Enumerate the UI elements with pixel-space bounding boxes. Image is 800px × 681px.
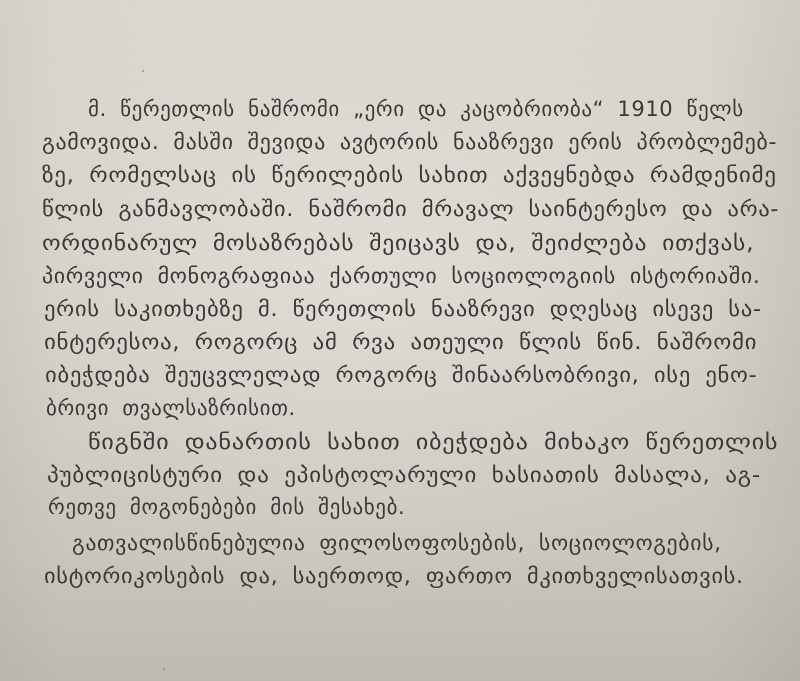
paragraph-1-line-4: წლის განმავლობაში. ნაშრომი მრავალ საინტე… xyxy=(42,196,779,222)
paragraph-2-line-1: წიგნში დანართის სახით იბეჭდება მიხაკო წე… xyxy=(88,429,778,455)
paragraph-1-line-7: ერის საკითხებზე მ. წერეთლის ნააზრევი დღე… xyxy=(44,296,762,322)
paragraph-3-line-1: გათვალისწინებულია ფილოსოფოსების, სოციოლო… xyxy=(72,530,722,556)
paragraph-1-line-2: გამოვიდა. მასში შევიდა ავტორის ნააზრევი … xyxy=(42,129,777,155)
paragraph-2-line-3: რეთვე მოგონებები მის შესახებ. xyxy=(48,494,405,520)
paper-speck xyxy=(142,70,144,72)
paragraph-1-line-6: პირველი მონოგრაფიაა ქართული სოციოლოგიის … xyxy=(42,263,760,289)
book-page: მ. წერეთლის ნაშრომი „ერი და კაცობრიობა“ … xyxy=(0,0,800,681)
paragraph-1-line-8: ინტერესოა, როგორც ამ რვა ათეული წლის წინ… xyxy=(44,329,757,355)
paragraph-2-line-2: პუბლიცისტური და ეპისტოლარული ხასიათის მა… xyxy=(47,462,761,488)
paper-speck xyxy=(163,668,165,670)
paragraph-1-line-9: იბეჭდება შეუცვლელად როგორც შინაარსობრივი… xyxy=(45,362,757,388)
paragraph-3-line-2: ისტორიკოსების და, საერთოდ, ფართო მკითხვე… xyxy=(44,563,744,589)
paper-speck xyxy=(772,210,774,212)
paragraph-1-line-5: ორდინარულ მოსაზრებას შეიცავს და, შეიძლებ… xyxy=(42,230,754,256)
paragraph-1-line-1: მ. წერეთლის ნაშრომი „ერი და კაცობრიობა“ … xyxy=(88,96,778,122)
body-text: მ. წერეთლის ნაშრომი „ერი და კაცობრიობა“ … xyxy=(0,0,800,681)
paragraph-1-line-3: ზე, რომელსაც ის წერილების სახით აქვეყნებ… xyxy=(42,162,777,188)
paragraph-1-line-10: ბრივი თვალსაზრისით. xyxy=(46,395,296,421)
